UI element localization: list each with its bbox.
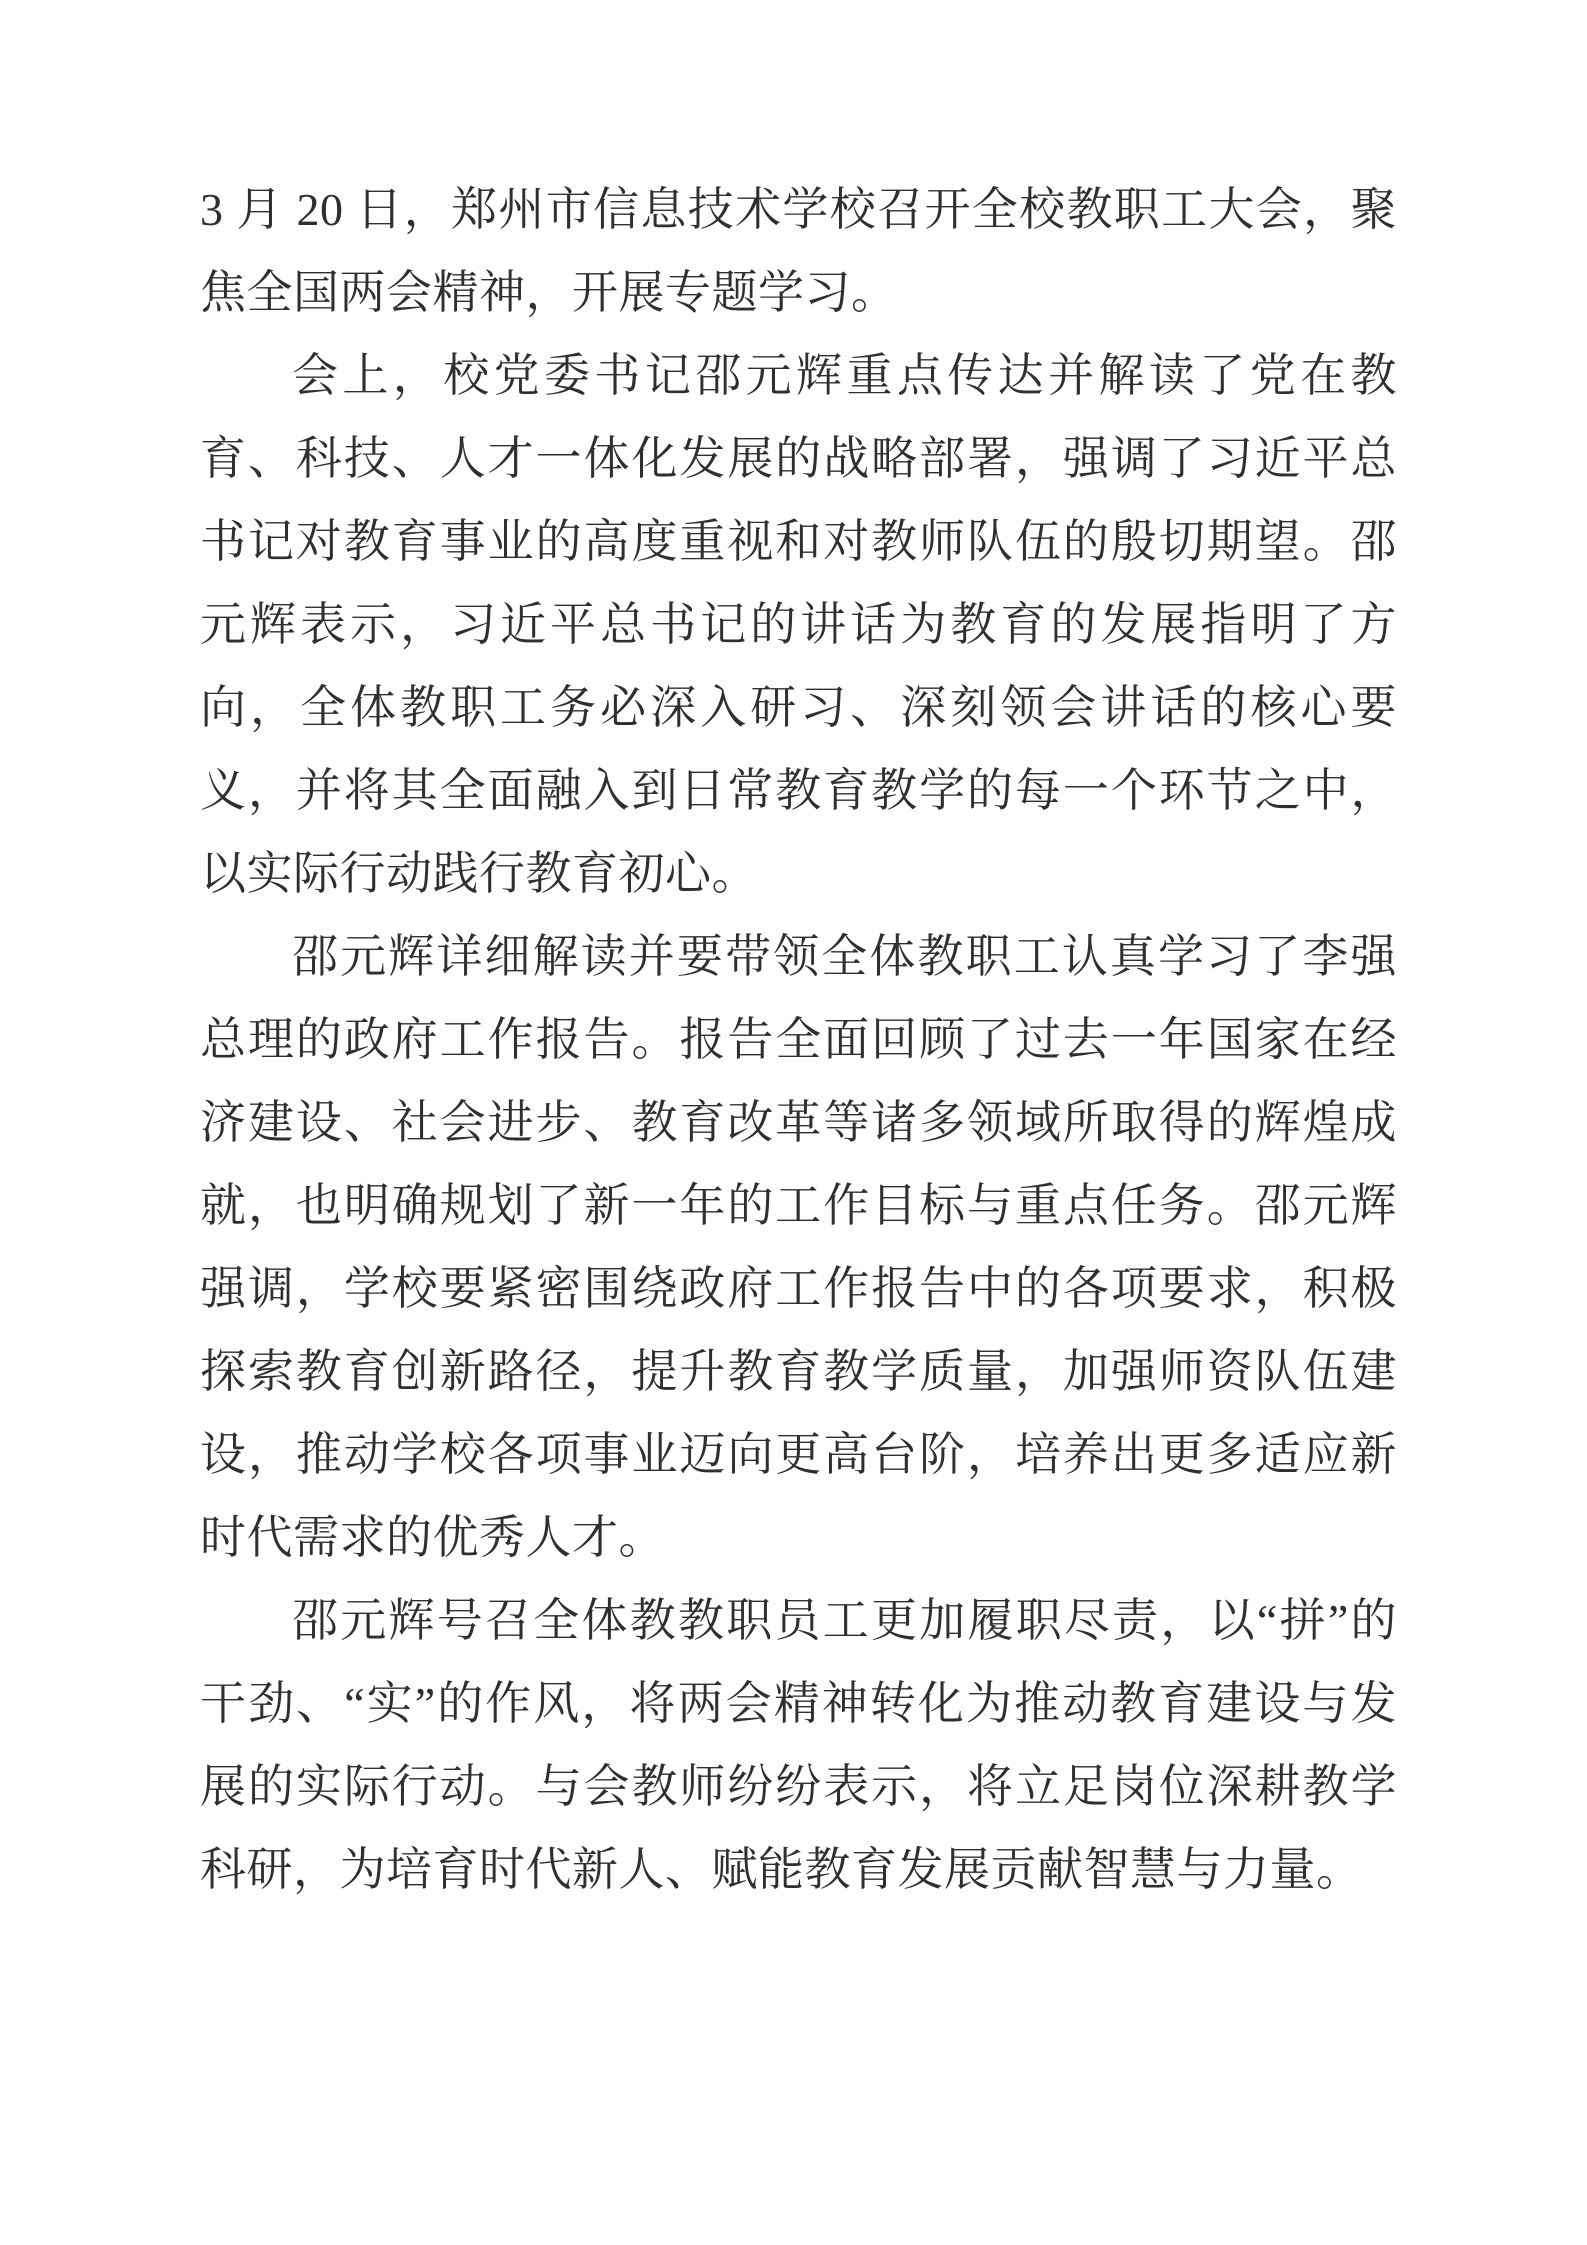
- paragraph-1: 3 月 20 日，郑州市信息技术学校召开全校教职工大会，聚焦全国两会精神，开展专…: [200, 168, 1397, 334]
- paragraph-3: 邵元辉详细解读并要带领全体教职工认真学习了李强总理的政府工作报告。报告全面回顾了…: [200, 915, 1397, 1579]
- paragraph-4: 邵元辉号召全体教教职员工更加履职尽责，以“拼”的干劲、“实”的作风，将两会精神转…: [200, 1579, 1397, 1911]
- paragraph-2: 会上，校党委书记邵元辉重点传达并解读了党在教育、科技、人才一体化发展的战略部署，…: [200, 334, 1397, 915]
- document-page: 3 月 20 日，郑州市信息技术学校召开全校教职工大会，聚焦全国两会精神，开展专…: [0, 0, 1587, 2245]
